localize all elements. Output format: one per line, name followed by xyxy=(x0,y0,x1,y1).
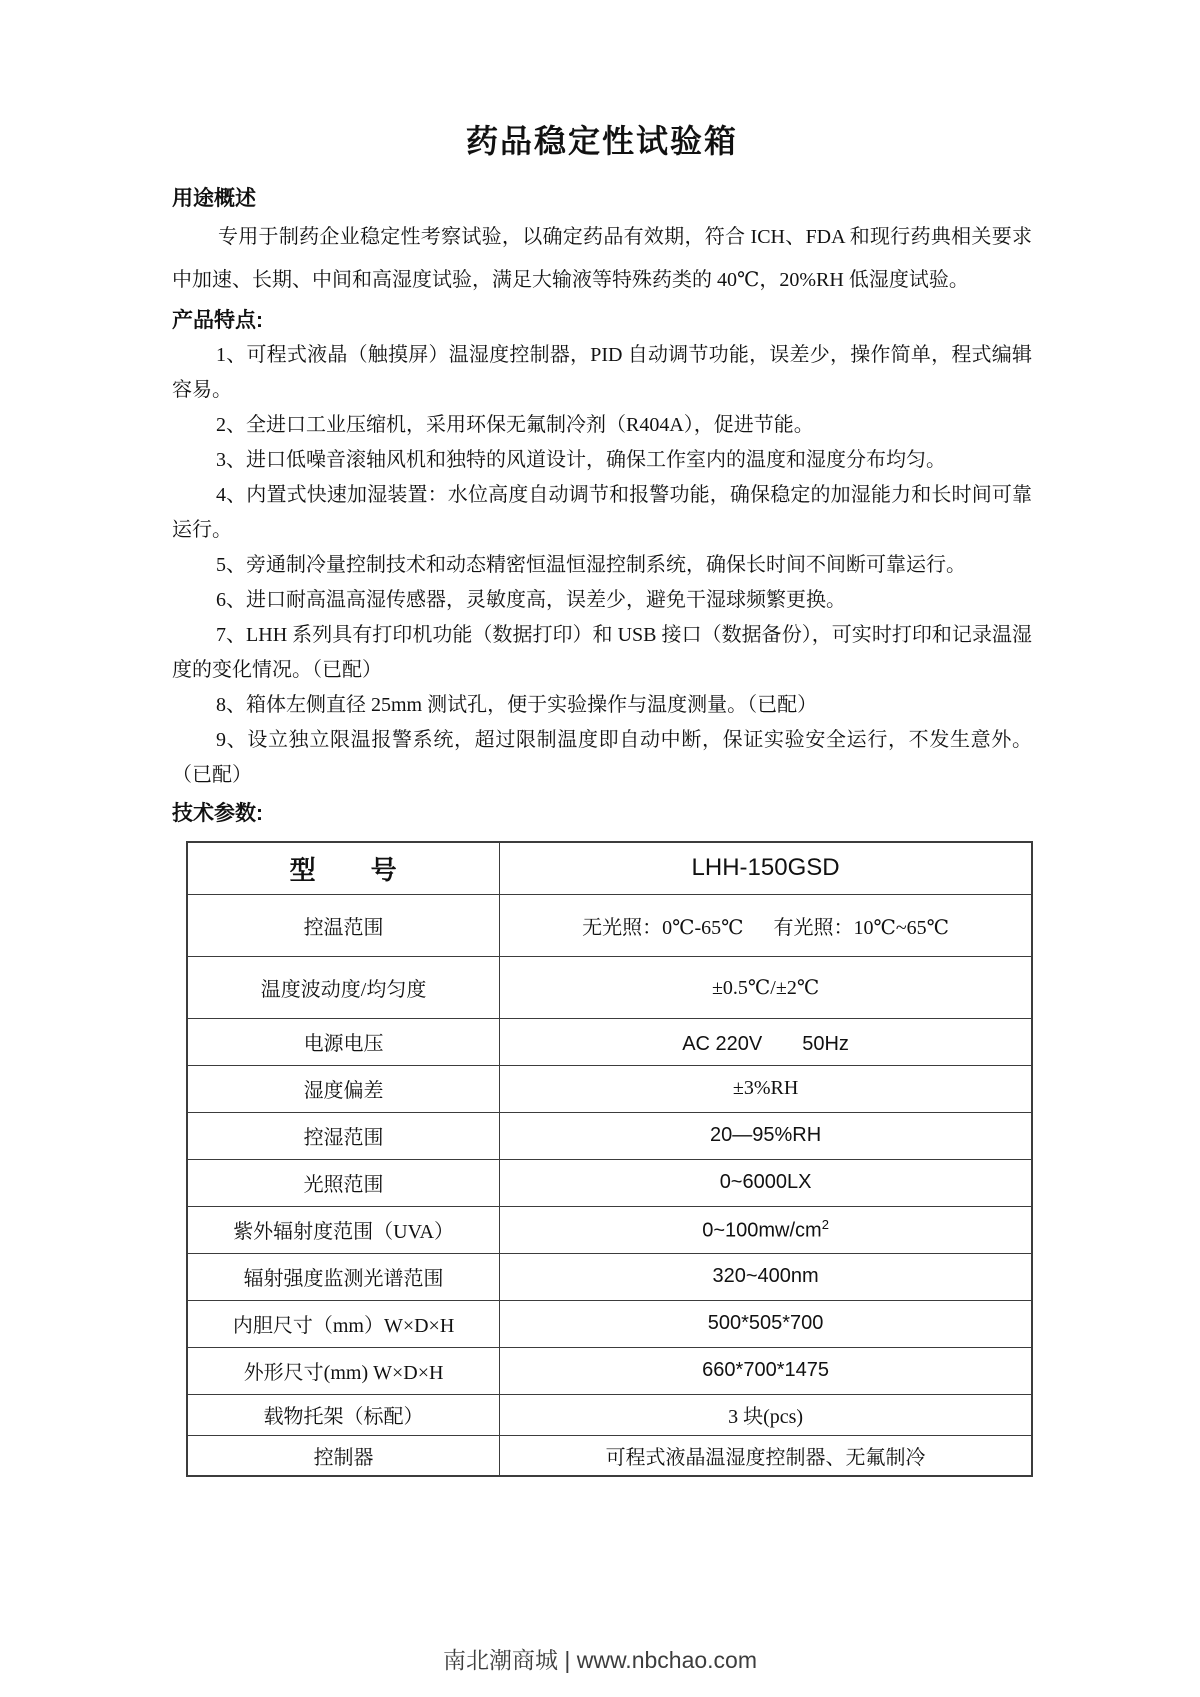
table-row-temp-range: 控温范围 无光照：0℃-65℃ 有光照：10℃~65℃ xyxy=(187,894,1032,956)
row-value-cell: AC 220V 50Hz xyxy=(500,1018,1032,1065)
row-label-cell: 控制器 xyxy=(187,1435,500,1476)
feature-item-1: 1、可程式液晶（触摸屏）温湿度控制器，PID 自动调节功能，误差少，操作简单，程… xyxy=(172,338,1032,408)
footer-site-name: 南北潮商城 xyxy=(443,1647,558,1673)
footer-url: www.nbchao.com xyxy=(577,1647,757,1673)
table-row-uv-range: 紫外辐射度范围（UVA） 0~100mw/cm2 xyxy=(187,1206,1032,1253)
row-label-cell: 温度波动度/均匀度 xyxy=(187,956,500,1018)
table-row-humidity-deviation: 湿度偏差 ±3%RH xyxy=(187,1065,1032,1112)
purpose-paragraph: 专用于制药企业稳定性考察试验，以确定药品有效期，符合 ICH、FDA 和现行药典… xyxy=(172,216,1032,302)
row-label-cell: 载物托架（标配） xyxy=(187,1394,500,1435)
row-value-cell: 3 块(pcs) xyxy=(500,1394,1032,1435)
row-label-cell: 外形尺寸(mm) W×D×H xyxy=(187,1347,500,1394)
row-value-cell: 320~400nm xyxy=(500,1253,1032,1300)
row-label-cell: 辐射强度监测光谱范围 xyxy=(187,1253,500,1300)
row-value-cell: 可程式液晶温湿度控制器、无氟制冷 xyxy=(500,1435,1032,1476)
document-page: 药品稳定性试验箱 用途概述 专用于制药企业稳定性考察试验，以确定药品有效期，符合… xyxy=(0,0,1200,1477)
row-label-cell: 控湿范围 xyxy=(187,1112,500,1159)
table-row-inner-size: 内胆尺寸（mm）W×D×H 500*505*700 xyxy=(187,1300,1032,1347)
row-value-cell: ±3%RH xyxy=(500,1065,1032,1112)
row-value-cell: LHH-150GSD xyxy=(500,842,1032,894)
table-row-shelves: 载物托架（标配） 3 块(pcs) xyxy=(187,1394,1032,1435)
section-heading-purpose: 用途概述 xyxy=(172,182,1032,216)
row-label-cell: 湿度偏差 xyxy=(187,1065,500,1112)
table-row-model: 型 号 LHH-150GSD xyxy=(187,842,1032,894)
table-row-outer-size: 外形尺寸(mm) W×D×H 660*700*1475 xyxy=(187,1347,1032,1394)
table-row-radiation-spectrum: 辐射强度监测光谱范围 320~400nm xyxy=(187,1253,1032,1300)
feature-item-4: 4、内置式快速加湿装置：水位高度自动调节和报警功能，确保稳定的加湿能力和长时间可… xyxy=(172,478,1032,548)
uv-value: 0~100mw/cm xyxy=(702,1219,822,1241)
section-heading-features: 产品特点: xyxy=(172,304,1032,338)
table-row-temp-fluctuation: 温度波动度/均匀度 ±0.5℃/±2℃ xyxy=(187,956,1032,1018)
page-title: 药品稳定性试验箱 xyxy=(172,116,1032,162)
row-value-cell: 500*505*700 xyxy=(500,1300,1032,1347)
section-heading-specs: 技术参数: xyxy=(172,797,1032,831)
row-value-cell: ±0.5℃/±2℃ xyxy=(500,956,1032,1018)
specs-table: 型 号 LHH-150GSD 控温范围 无光照：0℃-65℃ 有光照：10℃~6… xyxy=(186,841,1033,1477)
row-value-cell: 0~100mw/cm2 xyxy=(500,1206,1032,1253)
feature-item-8: 8、箱体左侧直径 25mm 测试孔，便于实验操作与温度测量。（已配） xyxy=(172,688,1032,723)
feature-item-9: 9、设立独立限温报警系统，超过限制温度即自动中断，保证实验安全运行，不发生意外。… xyxy=(172,723,1032,793)
feature-item-3: 3、进口低噪音滚轴风机和独特的风道设计，确保工作室内的温度和湿度分布均匀。 xyxy=(172,443,1032,478)
table-row-humidity-range: 控湿范围 20—95%RH xyxy=(187,1112,1032,1159)
row-label-cell: 型 号 xyxy=(187,842,500,894)
feature-item-6: 6、进口耐高温高湿传感器，灵敏度高，误差少，避免干湿球频繁更换。 xyxy=(172,583,1032,618)
row-value-cell: 20—95%RH xyxy=(500,1112,1032,1159)
row-value-cell: 无光照：0℃-65℃ 有光照：10℃~65℃ xyxy=(500,894,1032,956)
table-row-controller: 控制器 可程式液晶温湿度控制器、无氟制冷 xyxy=(187,1435,1032,1476)
uv-value-superscript: 2 xyxy=(822,1217,829,1232)
feature-item-5: 5、旁通制冷量控制技术和动态精密恒温恒湿控制系统，确保长时间不间断可靠运行。 xyxy=(172,548,1032,583)
row-value-cell: 0~6000LX xyxy=(500,1159,1032,1206)
table-row-power: 电源电压 AC 220V 50Hz xyxy=(187,1018,1032,1065)
row-label-cell: 控温范围 xyxy=(187,894,500,956)
footer: 南北潮商城 | www.nbchao.com xyxy=(0,1642,1200,1675)
feature-item-2: 2、全进口工业压缩机，采用环保无氟制冷剂（R404A），促进节能。 xyxy=(172,408,1032,443)
row-label-cell: 光照范围 xyxy=(187,1159,500,1206)
table-row-light-range: 光照范围 0~6000LX xyxy=(187,1159,1032,1206)
row-label-cell: 电源电压 xyxy=(187,1018,500,1065)
row-label-cell: 紫外辐射度范围（UVA） xyxy=(187,1206,500,1253)
row-label-cell: 内胆尺寸（mm）W×D×H xyxy=(187,1300,500,1347)
feature-item-7: 7、LHH 系列具有打印机功能（数据打印）和 USB 接口（数据备份），可实时打… xyxy=(172,618,1032,688)
footer-separator: | xyxy=(564,1647,570,1673)
row-value-cell: 660*700*1475 xyxy=(500,1347,1032,1394)
